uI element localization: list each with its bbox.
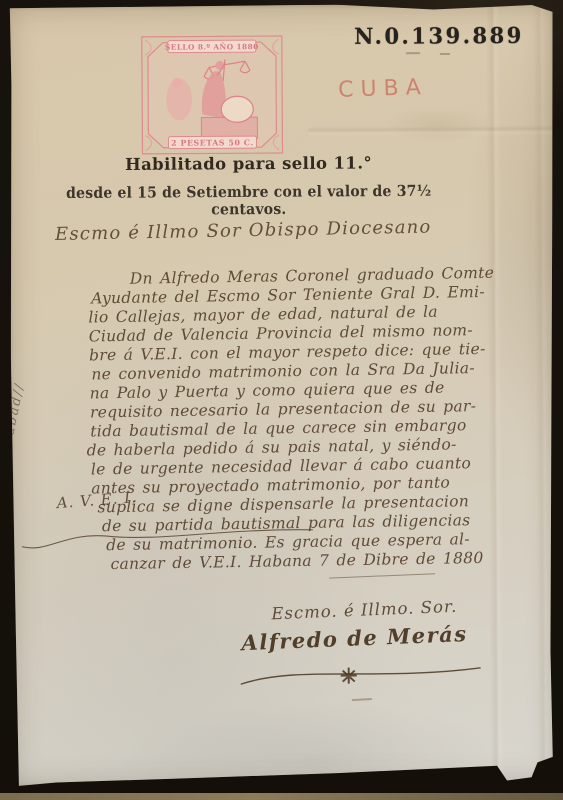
vertical-fold-crease (533, 3, 552, 783)
signature: Alfredo de Merás (229, 620, 480, 655)
revaluation-line: desde el 15 de Setiembre con el valor de… (29, 183, 469, 220)
edge-vertical-note: Sabad// (0, 381, 28, 447)
stamp-denomination-text: 2 PESETAS 50 C. (171, 138, 254, 148)
salutation: Escmo é Illmo Sor Obispo Diocesano (55, 216, 432, 245)
cuba-annotation: CUBA (338, 75, 428, 103)
stamp-top-text: SELLO 8.º AÑO 1880 (165, 42, 259, 52)
revenue-stamp: SELLO 8.º AÑO 1880 2 PESET (141, 35, 284, 155)
photo-background: N.0.139.889 SELLO 8.º AÑO 1880 (0, 0, 563, 800)
pencil-dash (440, 53, 450, 55)
pencil-dash (352, 698, 372, 701)
date-underline (329, 573, 435, 578)
signature-rubric (237, 652, 493, 696)
petition-body: Dn Alfredo Meras Coronel graduado Comte … (88, 263, 531, 574)
document-page: N.0.139.889 SELLO 8.º AÑO 1880 (8, 3, 559, 786)
horizontal-fold-crease (309, 125, 555, 137)
revenue-stamp-art: SELLO 8.º AÑO 1880 2 PESET (141, 35, 284, 155)
rubric-knot (341, 668, 357, 684)
closing-salutation: Escmo. é Illmo. Sor. (259, 596, 470, 624)
pencil-dash (406, 52, 420, 54)
habilitado-line: Habilitado para sello 11.° (29, 153, 469, 175)
serial-number-stamp: N.0.139.889 (354, 22, 524, 49)
